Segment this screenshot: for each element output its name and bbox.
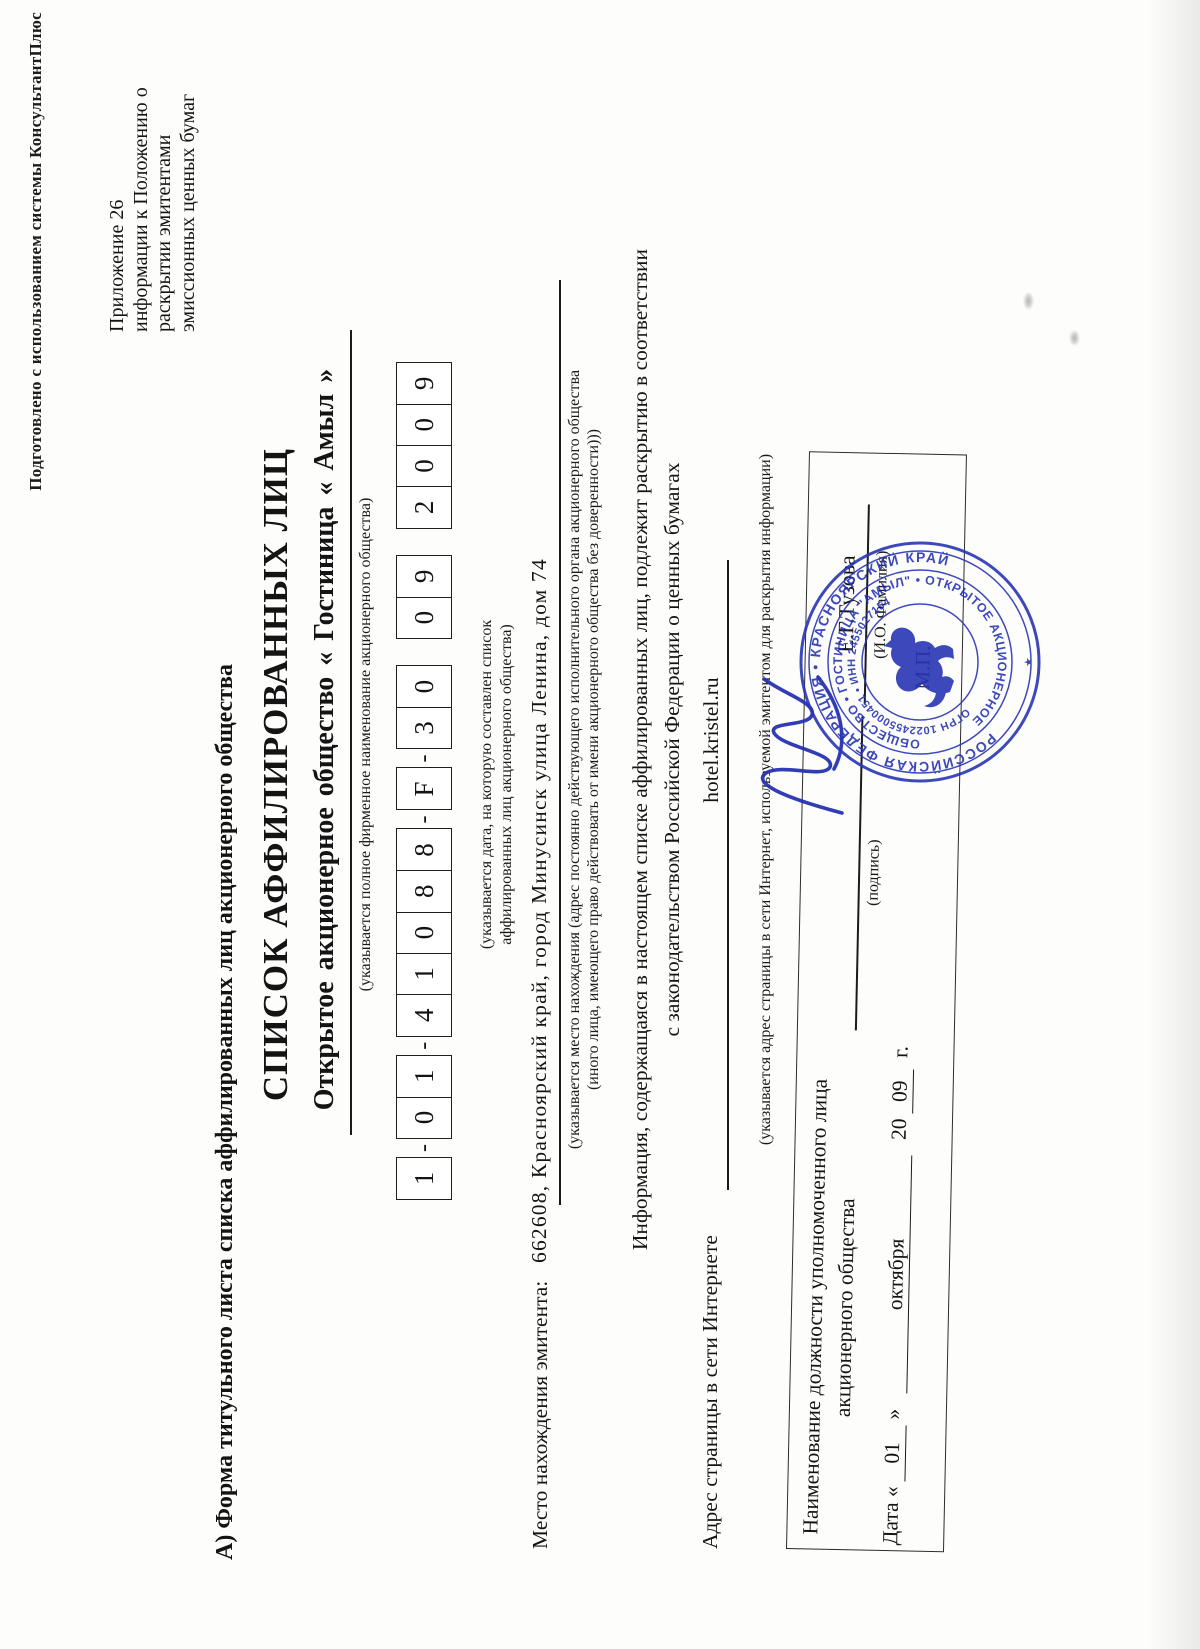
code-cell: 8 bbox=[396, 828, 452, 871]
website-value: hotel.kristel.ru bbox=[699, 540, 724, 940]
location-label: Место нахождения эмитента: bbox=[528, 1281, 553, 1549]
appendix-line: Приложение 26 bbox=[106, 87, 130, 332]
date-day: 01 bbox=[879, 1425, 906, 1482]
code-cell: 0 bbox=[396, 403, 452, 446]
code-cell: 0 bbox=[396, 445, 452, 488]
scanned-document: Подготовлено с использованием системы Ко… bbox=[0, 0, 1200, 1649]
location-caption-line2: (иного лица, имеющего право действовать … bbox=[585, 0, 603, 1519]
company-stamp: РОССИЙСКАЯ ФЕДЕРАЦИЯ • КРАСНОЯРСКИЙ КРАЙ… bbox=[795, 537, 1045, 787]
location-caption-line1: (указывается место нахождения (адрес пос… bbox=[566, 0, 584, 1519]
document-page: Подготовлено с использованием системы Ко… bbox=[0, 0, 1200, 1649]
code-cell: 0 bbox=[396, 665, 452, 708]
code-separator: - bbox=[411, 749, 438, 767]
code-separator: - bbox=[411, 1037, 438, 1055]
form-section-label: А) Форма титульного листа списка аффилир… bbox=[212, 664, 239, 1560]
code-group: 0 1 bbox=[396, 1055, 452, 1139]
date-label: Дата bbox=[878, 1502, 903, 1545]
date-day-group: 3 0 bbox=[396, 665, 452, 749]
location-value: 662608, Красноярский край, город Минусин… bbox=[527, 558, 552, 1263]
code-separator: - bbox=[411, 810, 438, 828]
consultantplus-watermark: Подготовлено с использованием системы Ко… bbox=[26, 12, 46, 491]
company-name: Открытое акционерное общество « Гостиниц… bbox=[309, 0, 341, 1479]
code-cell: 0 bbox=[396, 596, 452, 639]
code-group: F bbox=[396, 767, 452, 810]
company-name-underline bbox=[350, 330, 352, 1135]
date-month-group: 0 9 bbox=[396, 555, 452, 639]
stamp-star: ★ bbox=[1023, 657, 1035, 667]
date-suffix: г. bbox=[888, 1046, 912, 1058]
code-cell: 3 bbox=[396, 706, 452, 749]
state-registration-code: 1 - 0 1 - 4 1 0 8 8 - F - 3 0 bbox=[396, 362, 452, 1200]
code-cell: 1 bbox=[396, 1055, 452, 1098]
company-name-caption: (указывается полное фирменное наименован… bbox=[357, 0, 375, 1489]
date-century: 20 bbox=[887, 1118, 911, 1140]
code-caption-line2: аффилированных лиц акционерного общества… bbox=[498, 0, 516, 1569]
code-cell: 4 bbox=[396, 994, 452, 1037]
code-cell: 2 bbox=[396, 486, 452, 529]
appendix-line: информации к Положению о bbox=[130, 87, 154, 332]
code-cell: 0 bbox=[396, 911, 452, 954]
date-year: 09 bbox=[887, 1069, 914, 1114]
location-underline bbox=[559, 280, 561, 1205]
date-month: октября bbox=[881, 1155, 912, 1393]
code-cell: F bbox=[396, 767, 452, 810]
scan-artifact bbox=[1024, 293, 1033, 309]
appendix-line: раскрытии эмитентами bbox=[153, 87, 177, 332]
code-cell: 9 bbox=[396, 555, 452, 598]
disclosure-line1: Информация, содержащаяся в настоящем спи… bbox=[628, 0, 653, 1499]
code-cell: 0 bbox=[396, 1096, 452, 1139]
close-quote: » bbox=[881, 1408, 905, 1419]
website-underline bbox=[727, 560, 729, 1190]
code-cell: 8 bbox=[396, 870, 452, 913]
signature-caption: (подпись) bbox=[863, 788, 885, 958]
disclosure-line2: с законодательством Российской Федерации… bbox=[660, 0, 685, 1499]
page-title: СПИСОК АФФИЛИРОВАННЫХ ЛИЦ bbox=[256, 0, 296, 1549]
appendix-line: эмиссионных ценных бумаг bbox=[177, 87, 201, 332]
scan-artifact bbox=[1070, 331, 1079, 345]
website-label: Адрес страницы в сети Интернете bbox=[698, 1235, 723, 1549]
code-caption-line1: (указывается дата, на которую составлен … bbox=[478, 0, 496, 1569]
code-cell: 1 bbox=[396, 1157, 452, 1200]
code-separator: - bbox=[411, 1139, 438, 1157]
open-quote: « bbox=[879, 1486, 903, 1497]
code-group: 1 bbox=[396, 1157, 452, 1200]
appendix-reference: Приложение 26 информации к Положению о р… bbox=[106, 87, 200, 332]
code-group: 4 1 0 8 8 bbox=[396, 828, 452, 1036]
code-cell: 9 bbox=[396, 362, 452, 405]
date-year-group: 2 0 0 9 bbox=[396, 362, 452, 529]
stamp-lion-icon bbox=[884, 628, 954, 708]
code-cell: 1 bbox=[396, 952, 452, 995]
